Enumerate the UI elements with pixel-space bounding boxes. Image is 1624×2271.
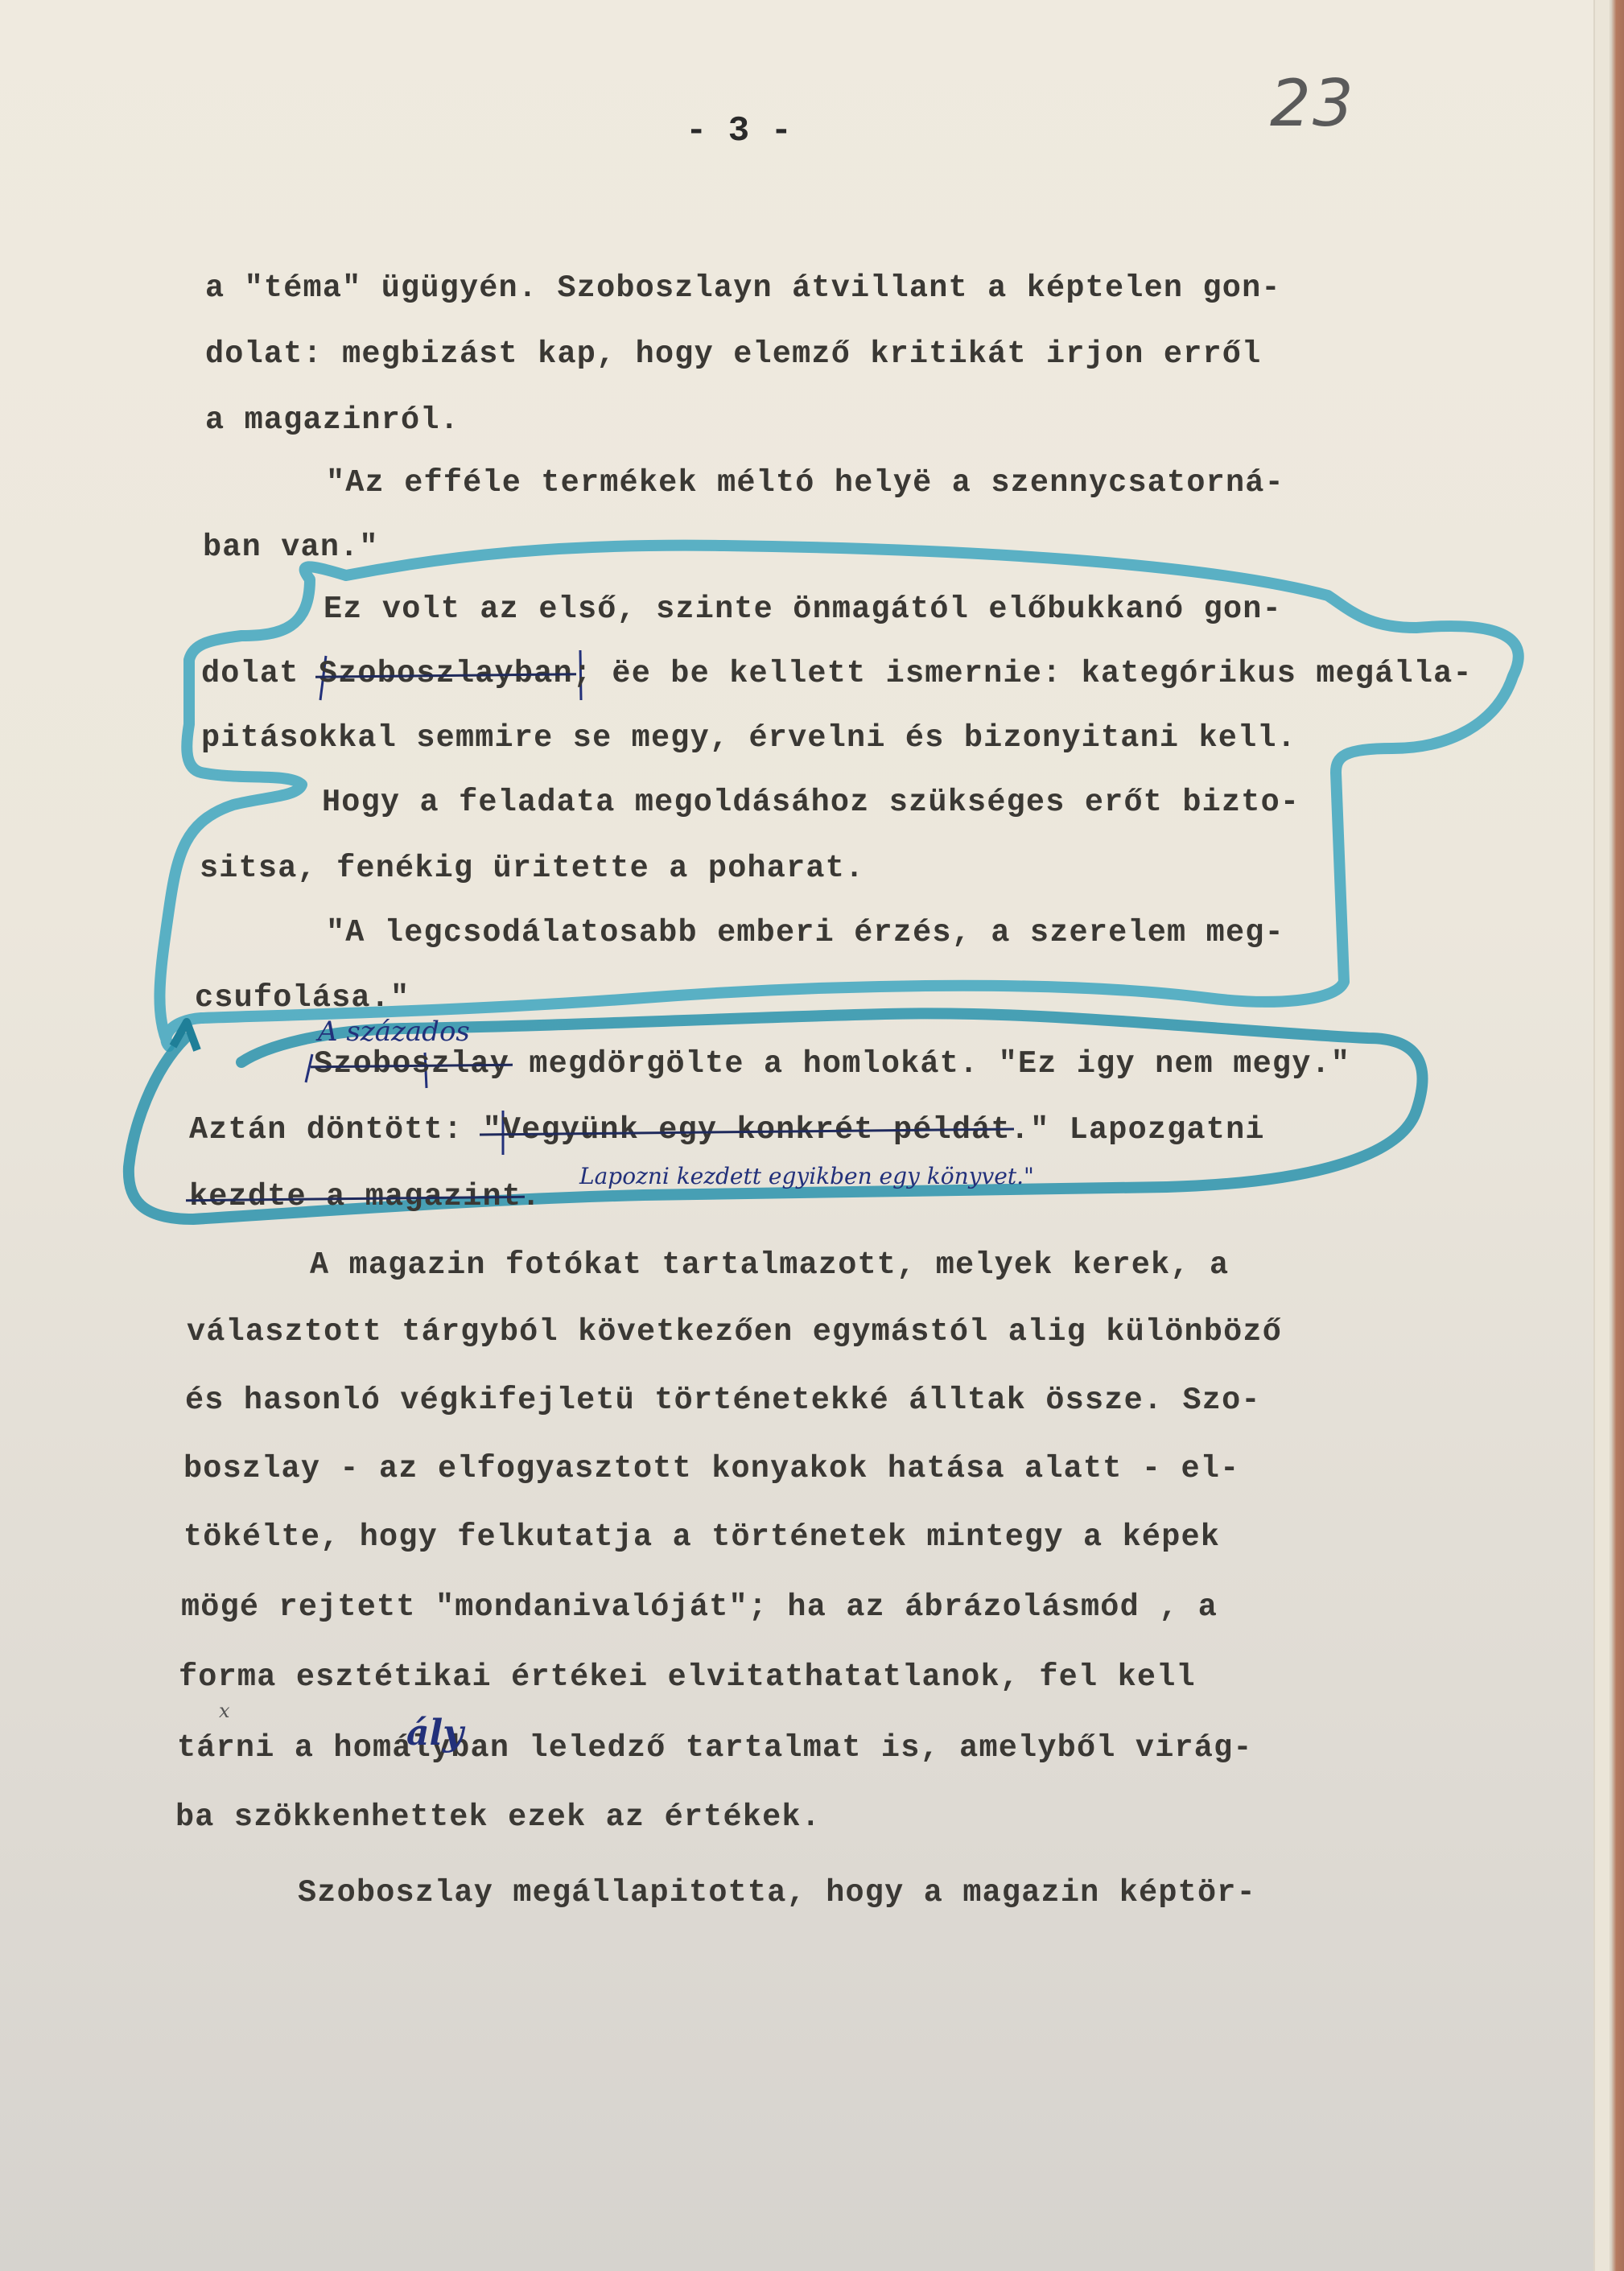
text-line: a magazinról. [205,402,460,438]
handwritten-insert-szazados: A százados [318,1016,470,1048]
text-segment: Aztán döntött: [189,1112,483,1148]
text-line: és hasonló végkifejletü történetekké áll… [185,1383,1261,1418]
struck-text: kezdte a magazint [189,1179,521,1214]
text-line: boszlay - az elfogyasztott konyakok hatá… [183,1451,1239,1486]
handwritten-correction-tarni: x [219,1700,230,1722]
text-segment: ." Lapozgatni [1011,1112,1265,1148]
handwritten-insert-lapozni: Lapozni kezdett egyikben egy könyvet." [579,1163,1034,1189]
text-line: dolat Szoboszlayban; ëe be kellett ismer… [201,656,1473,691]
text-line: sitsa, fenékig üritette a poharat. [200,851,864,886]
text-line: Szoboszlay megdörgölte a homlokát. "Ez i… [314,1046,1350,1082]
text-line: a "téma" ügügyén. Szoboszlayn átvillant … [205,270,1281,306]
handwritten-correction-homalyban: ály [406,1713,464,1754]
text-segment: ; ëe be kellett ismernie: kategórikus me… [573,656,1473,691]
text-line: dolat: megbizást kap, hogy elemző kritik… [205,336,1261,372]
text-line: pitásokkal semmire se megy, érvelni és b… [201,720,1296,756]
text-line: tárni a homályban leledző tartalmat is, … [177,1730,1253,1766]
text-segment: megdörgölte a homlokát. "Ez igy nem megy… [509,1046,1350,1082]
struck-text: Szoboszlayban [319,656,573,691]
text-line: "A legcsodálatosabb emberi érzés, a szer… [326,915,1284,950]
text-line: tökélte, hogy felkutatja a történetek mi… [183,1519,1220,1555]
text-line: Hogy a feladata megoldásához szükséges e… [322,785,1300,820]
text-line: forma esztétikai értékei elvitathatatlan… [179,1659,1196,1695]
text-segment: dolat [201,656,319,691]
text-line: Ez volt az első, szinte önmagától előbuk… [324,591,1282,627]
text-line: A magazin fotókat tartalmazott, melyek k… [310,1247,1229,1283]
text-line: Szoboszlay megállapitotta, hogy a magazi… [298,1875,1256,1910]
text-line: mögé rejtett "mondanivalóját"; ha az ábr… [181,1589,1218,1625]
text-line: választott tárgyból következően egymástó… [187,1314,1282,1350]
text-line: Aztán döntött: "Vegyünk egy konkrét péld… [189,1112,1265,1148]
text-line: kezdte a magazint. [189,1179,541,1214]
text-line: csufolása." [195,980,410,1016]
text-line: ban van." [203,530,379,565]
struck-text: Szoboszlay [314,1046,509,1082]
struck-text: "Vegyünk egy konkrét példát [483,1112,1011,1148]
text-line: ba szökkenhettek ezek az értékek. [175,1799,821,1835]
text-line: "Az efféle termékek méltó helyë a szenny… [326,465,1284,501]
